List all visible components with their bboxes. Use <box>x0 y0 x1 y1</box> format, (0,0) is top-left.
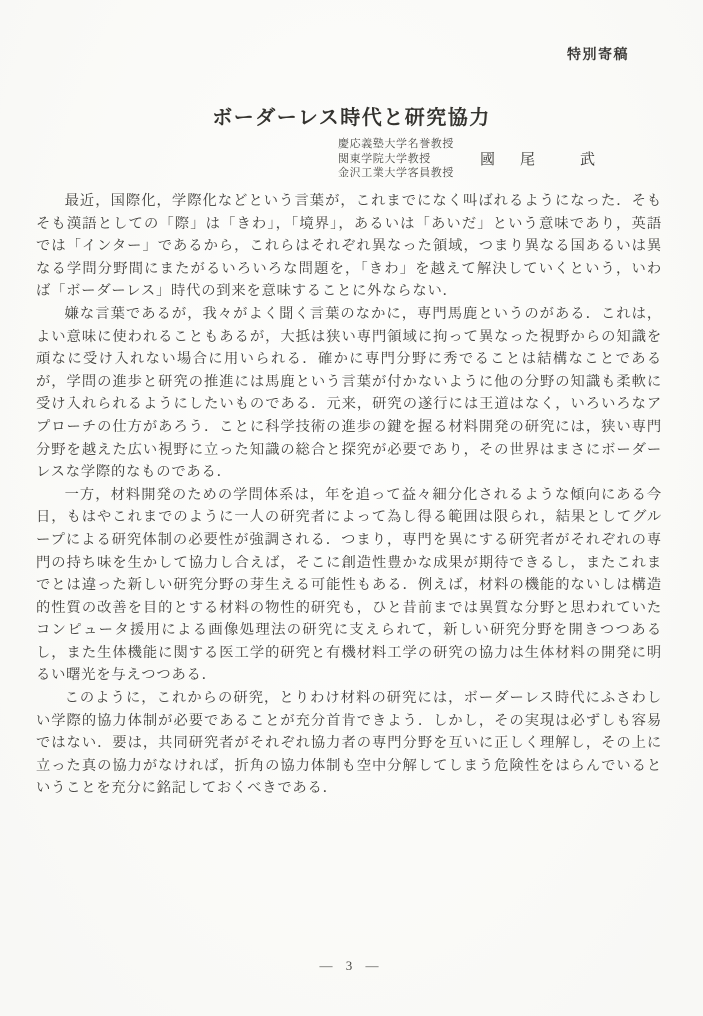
byline: 慶応義塾大学名誉教授 関東学院大学教授 金沢工業大学客員教授 國 尾 武 <box>338 137 600 181</box>
paragraph-3: 一方，材料開発のための学問体系は，年を追って益々細分化されるような傾向にある今日… <box>36 484 662 687</box>
article-body: 最近，国際化，学際化などという言葉が，これまでになく叫ばれるようになった．そもそ… <box>36 190 662 800</box>
paragraph-2: 嫌な言葉であるが，我々がよく聞く言葉のなかに，専門馬鹿というのがある．これは，よ… <box>36 303 662 484</box>
paragraph-1: 最近，国際化，学際化などという言葉が，これまでになく叫ばれるようになった．そもそ… <box>36 190 662 303</box>
affiliation-line: 慶応義塾大学名誉教授 <box>338 137 454 152</box>
page-title: ボーダーレス時代と研究協力 <box>0 101 703 130</box>
paragraph-4: このように，これからの研究，とりわけ材料の研究には，ボーダーレス時代にふさわしい… <box>36 687 662 800</box>
author-affiliations: 慶応義塾大学名誉教授 関東学院大学教授 金沢工業大学客員教授 <box>338 137 454 181</box>
page-number: — 3 — <box>0 958 703 974</box>
document-page: 特別寄稿 ボーダーレス時代と研究協力 慶応義塾大学名誉教授 関東学院大学教授 金… <box>0 0 703 1016</box>
affiliation-line: 関東学院大学教授 <box>338 152 454 167</box>
affiliation-line: 金沢工業大学客員教授 <box>338 166 454 181</box>
author-name: 國 尾 武 <box>480 148 600 169</box>
special-contribution-label: 特別寄稿 <box>567 44 629 64</box>
